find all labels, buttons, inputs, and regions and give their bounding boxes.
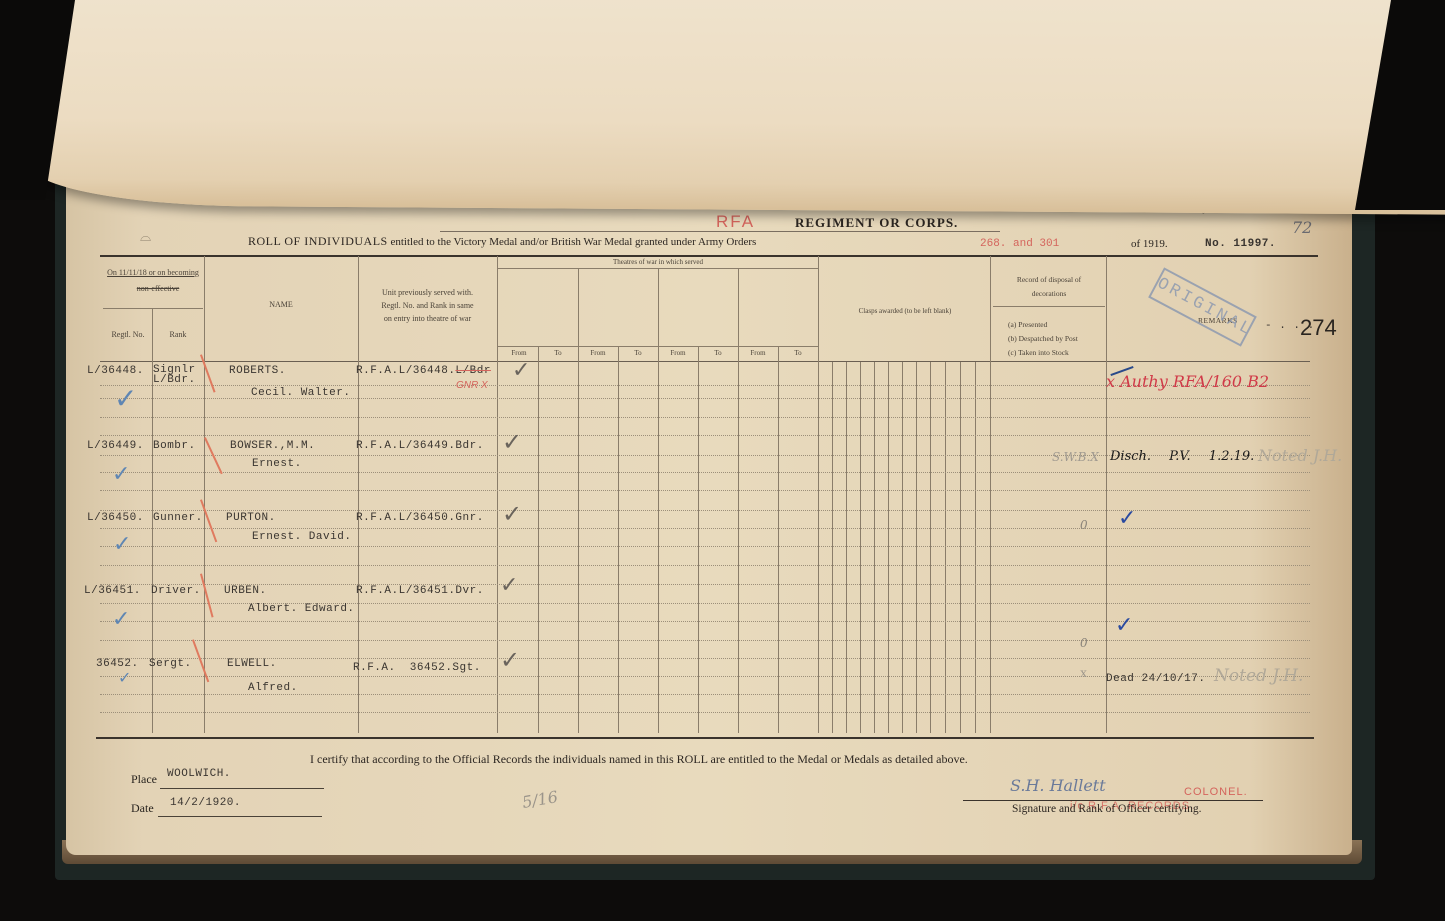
header-bottom-rule [100, 361, 1310, 362]
header-to-3: To [698, 349, 738, 357]
header-unit-line3: on entry into theatre of war [360, 312, 495, 325]
disposal-divider [993, 306, 1105, 307]
roll-title-bold: ROLL OF INDIVIDUALS [248, 234, 388, 248]
date-value: 14/2/1920. [170, 797, 241, 809]
theatre-check-icon: ✓ [502, 500, 522, 528]
theatre-check-icon: ✓ [502, 428, 522, 456]
regtl-no: L/36448. [87, 365, 144, 377]
verified-check-icon: ✓ [114, 382, 137, 415]
regtl-no: L/36450. [87, 512, 144, 524]
col-line-t4 [658, 268, 659, 733]
unit-text: R.F.A.L/36448. [356, 365, 455, 377]
rank: Gunner. [153, 512, 203, 524]
disposal-option-a: (a) Presented [1008, 318, 1078, 332]
verified-check-icon: ✓ [118, 668, 131, 687]
col-line-remarks [1106, 256, 1107, 733]
remark-check-icon: ✓ [1118, 505, 1136, 531]
regtl-no: L/36449. [87, 440, 144, 452]
page-number: 274 [1300, 315, 1337, 341]
roll-number: No. 11997. [1205, 238, 1276, 250]
date-label: Date [131, 801, 154, 816]
remark-death: Dead 24/10/17. [1106, 673, 1205, 685]
theatre-check-icon: ✓ [500, 646, 520, 674]
rank-stamp-colonel: COLONEL. [1184, 786, 1248, 798]
regiment-underline [440, 231, 1000, 232]
date-underline [158, 816, 322, 817]
header-theatres: Theatres of war in which served [498, 258, 818, 266]
header-on-date: On 11/11/18 or on becoming [103, 268, 203, 277]
remark-pencil: Noted J.H. [1258, 446, 1342, 465]
disposal-option-b: (b) Despatched by Post [1008, 332, 1078, 346]
regtl-no: L/36451. [84, 585, 141, 597]
surname: PURTON. [226, 512, 276, 524]
surname: URBEN. [224, 585, 267, 597]
surname: ELWELL. [227, 658, 277, 670]
unit-served: R.F.A.L/36450.Gnr. [356, 512, 484, 524]
col-line-t6 [738, 268, 739, 733]
col-line-clasps [818, 256, 819, 733]
place-underline [160, 788, 324, 789]
header-unit-line1: Unit previously served with. [360, 286, 495, 299]
surname: ROBERTS. [229, 365, 286, 377]
header-from-4: From [738, 349, 778, 357]
surname: BOWSER.,M.M. [230, 440, 315, 452]
disposal-note: 0 [1080, 636, 1088, 650]
header-regtl-no: Regtl. No. [104, 330, 152, 339]
col-line-name [204, 256, 205, 733]
disposal-note: S.W.B.X [1052, 450, 1099, 464]
regiment-label: REGIMENT OR CORPS. [795, 215, 958, 231]
place-value: WOOLWICH. [167, 768, 231, 780]
header-rank: Rank [153, 330, 203, 339]
rank: Driver. [151, 585, 201, 597]
rank-line2: L/Bdr. [153, 375, 196, 385]
unit-served: R.F.A.L/36451.Dvr. [356, 585, 484, 597]
curled-previous-page [29, 0, 1445, 215]
header-divider [103, 308, 203, 309]
forenames: Ernest. David. [252, 531, 351, 543]
remark-authority: x Authy RFA/160 B2 [1106, 372, 1269, 391]
certification-text: I certify that according to the Official… [310, 752, 968, 767]
header-clasps: Clasps awarded (to be left blank) [820, 307, 990, 315]
header-from-3: From [658, 349, 698, 357]
theatre-check-icon: ✓ [512, 358, 530, 383]
pen-mark-icon: ⌓ [140, 230, 151, 246]
remark-check-icon: ✓ [1115, 612, 1133, 638]
table-bottom-rule [96, 737, 1314, 739]
header-to-4: To [778, 349, 818, 357]
col-line-theatre [497, 256, 498, 733]
regiment-stamp: RFA [716, 212, 755, 232]
roll-title: ROLL OF INDIVIDUALS entitled to the Vict… [248, 234, 756, 249]
header-unit: Unit previously served with. Regtl. No. … [360, 286, 495, 325]
unit-struck-text: L/Bdr [455, 365, 491, 377]
rank: Sergt. [149, 658, 192, 670]
disposal-note: 0 [1080, 518, 1088, 532]
forenames: Alfred. [248, 682, 298, 694]
place-label: Place [131, 772, 157, 787]
header-from-2: From [578, 349, 618, 357]
roll-title-rest: entitled to the Victory Medal and/or Bri… [390, 236, 756, 248]
header-from-1: From [500, 349, 538, 357]
header-disposal-options: (a) Presented (b) Despatched by Post (c)… [1008, 318, 1078, 360]
header-to-2: To [618, 349, 658, 357]
unit-served: R.F.A.L/36449.Bdr. [356, 440, 484, 452]
officer-signature: S.H. Hallett [1010, 776, 1106, 795]
rank: Bombr. [153, 440, 196, 452]
unit-served: R.F.A. 36452.Sgt. [353, 662, 481, 674]
verified-check-icon: ✓ [112, 607, 130, 632]
col-line-t3 [618, 346, 619, 733]
col-line-disposal [990, 256, 991, 733]
remark-pencil: Noted J.H. [1214, 666, 1303, 686]
unit-correction: GNR X [456, 380, 488, 391]
header-name: NAME [205, 300, 357, 309]
remark-discharge: Disch. P.V. 1.2.19. [1110, 449, 1254, 464]
theatre-check-icon: ✓ [500, 573, 518, 598]
forenames: Cecil. Walter. [251, 387, 350, 399]
col-line-t5 [698, 346, 699, 733]
army-orders: 268. and 301 [980, 238, 1059, 250]
forenames: Ernest. [252, 458, 302, 470]
header-disposal: Record of disposal of decorations [993, 273, 1105, 301]
verified-check-icon: ✓ [113, 532, 131, 557]
rank: Signlr L/Bdr. [153, 365, 196, 385]
table-top-rule [100, 255, 1318, 257]
corner-number: 72 [1292, 218, 1312, 237]
disposal-note: x [1080, 666, 1087, 682]
forenames: Albert. Edward. [248, 603, 355, 615]
header-non-effective: non-effective [128, 284, 188, 293]
unit-served: R.F.A.L/36448.L/Bdr [356, 365, 491, 377]
header-unit-line2: Regtl. No. and Rank in same [360, 299, 495, 312]
signature-label: Signature and Rank of Officer certifying… [1012, 803, 1201, 815]
col-line-t2 [578, 268, 579, 733]
disposal-option-c: (c) Taken into Stock [1008, 346, 1078, 360]
of-year: of 1919. [1131, 238, 1168, 250]
col-line-t1 [538, 346, 539, 733]
header-to-1: To [538, 349, 578, 357]
verified-check-icon: ✓ [112, 462, 130, 487]
header-disposal-line1: Record of disposal of [993, 273, 1105, 287]
col-line-t7 [778, 346, 779, 733]
header-disposal-line2: decorations [993, 287, 1105, 301]
